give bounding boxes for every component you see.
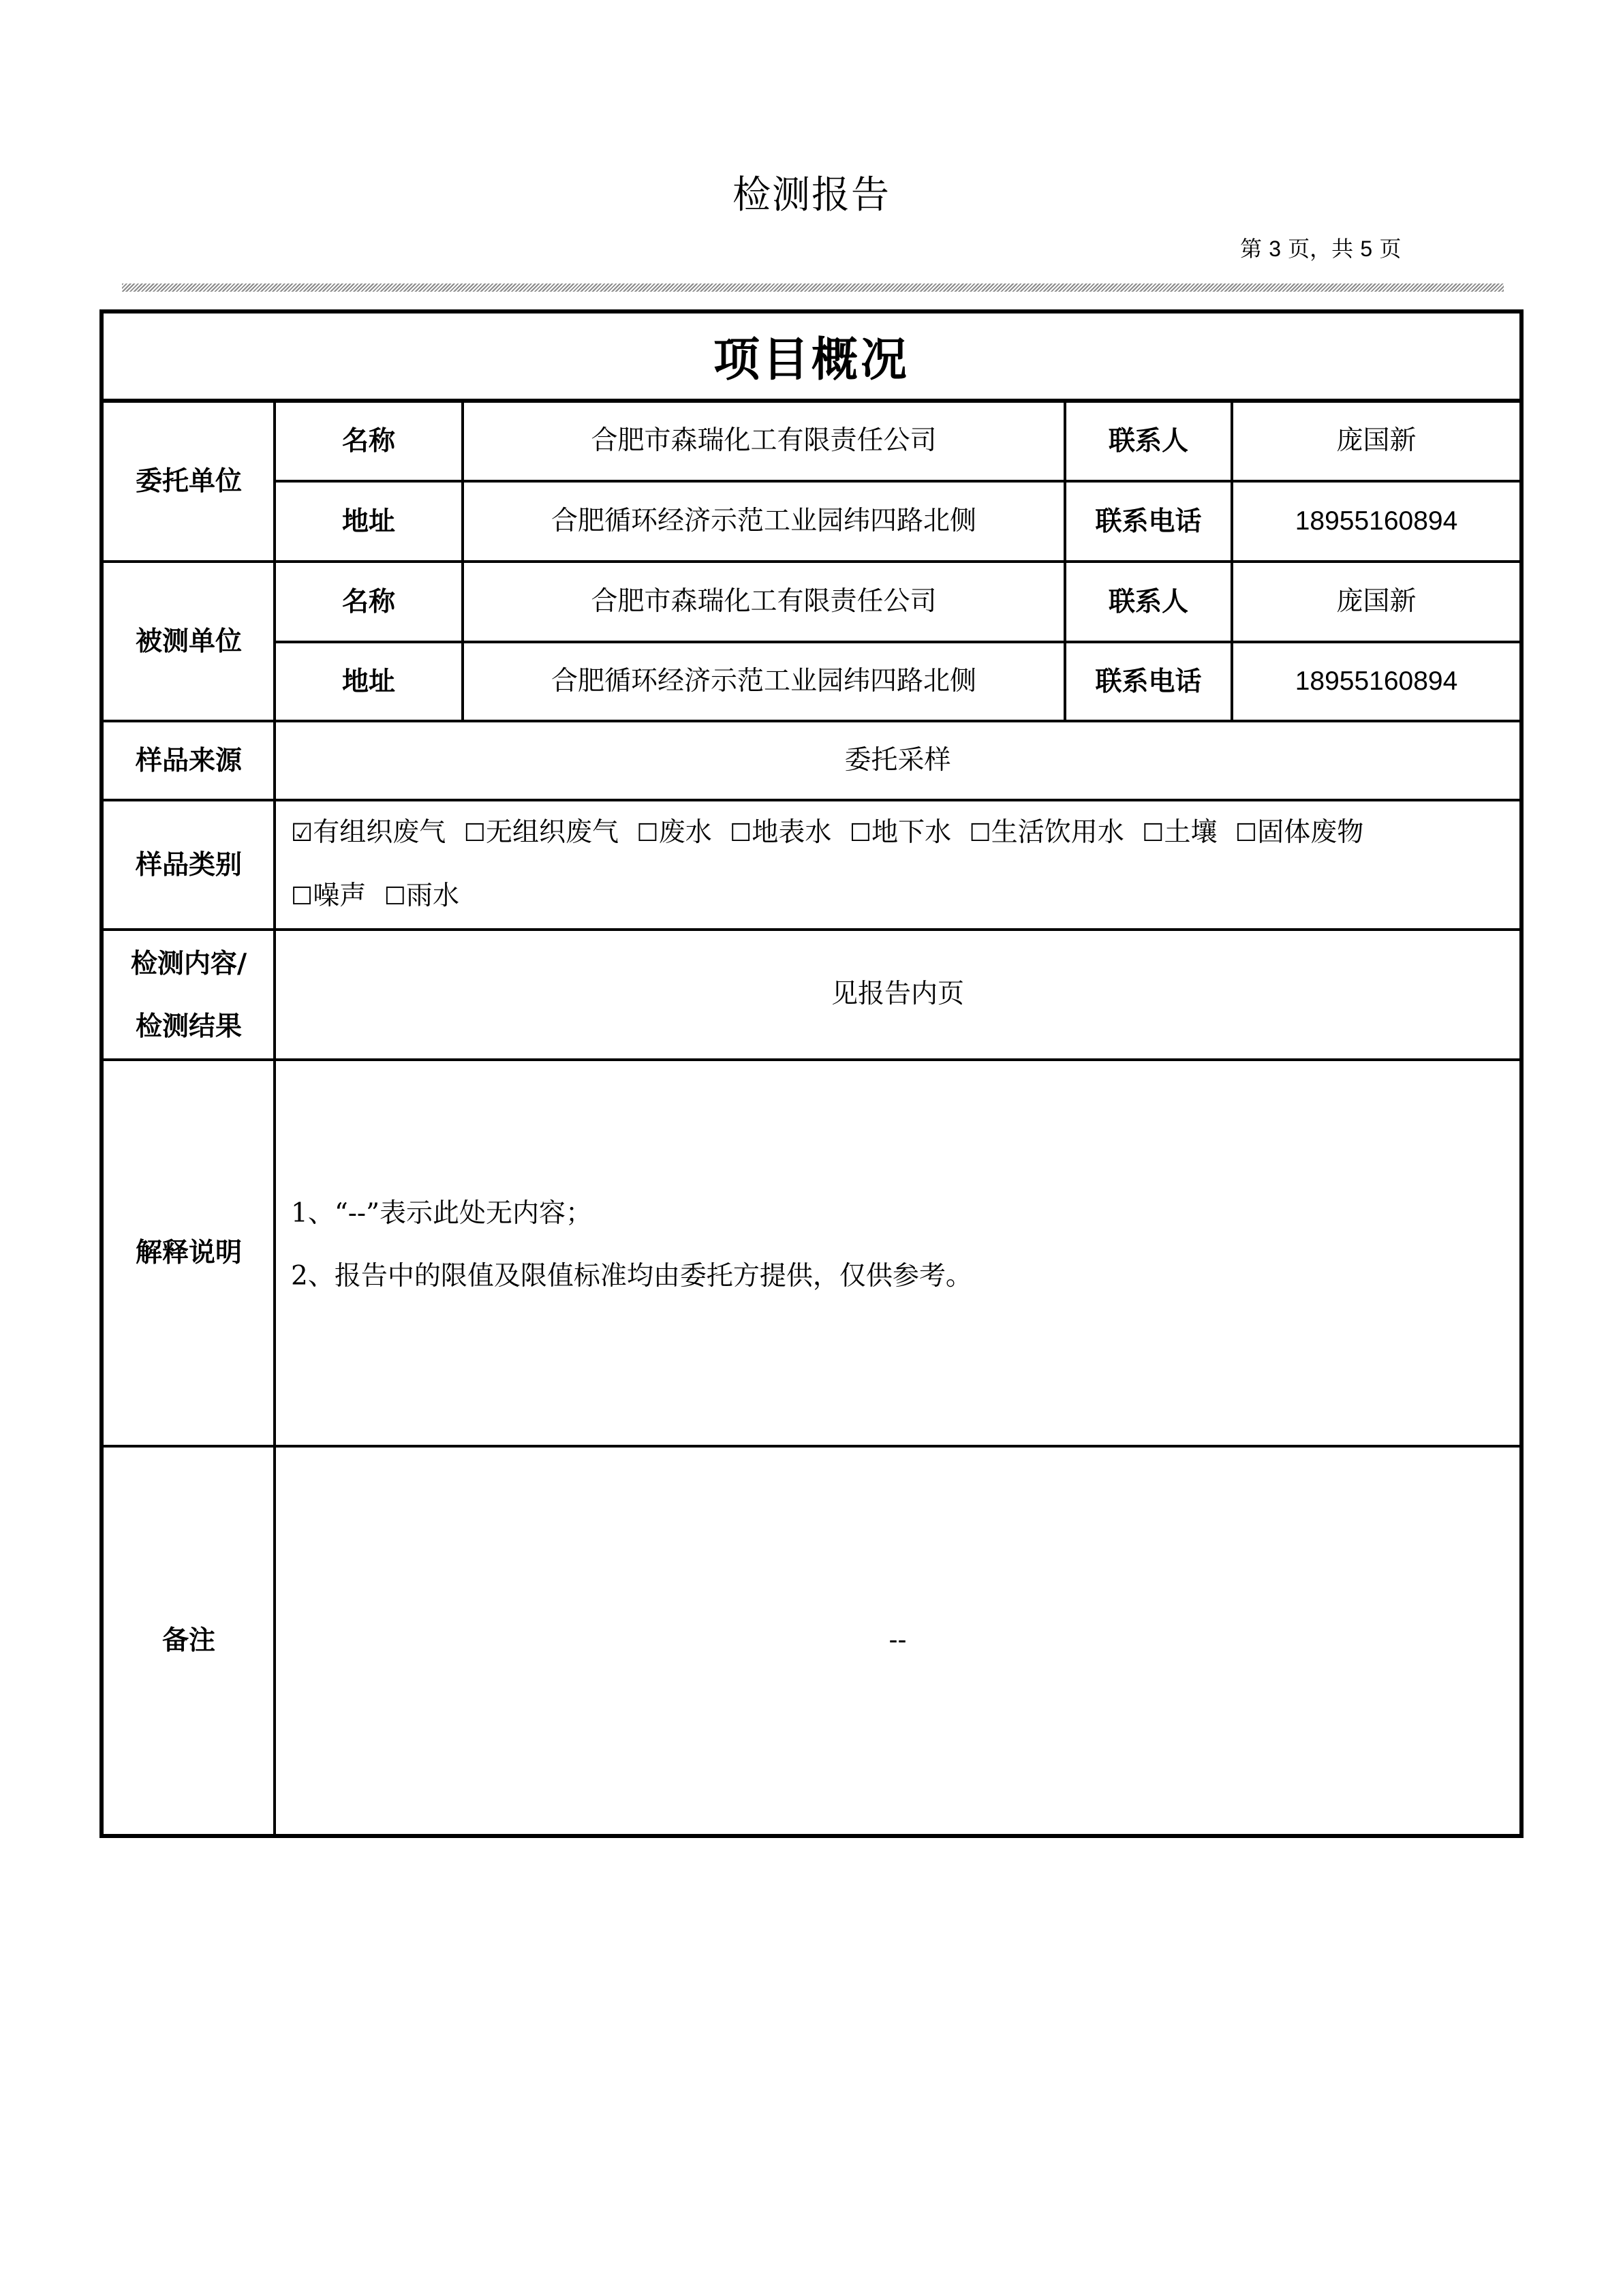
checkbox-unchecked-icon[interactable]: ☐ — [291, 883, 313, 910]
client-name-label: 名称 — [276, 403, 461, 480]
option-label: 生活饮用水 — [991, 817, 1124, 848]
checkbox-checked-icon[interactable]: ☑ — [291, 819, 313, 847]
checkbox-unchecked-icon[interactable]: ☐ — [970, 819, 991, 847]
sample-source-label: 样品来源 — [104, 722, 274, 799]
tested-address-label: 地址 — [276, 643, 461, 720]
tested-address-value: 合肥循环经济示范工业园纬四路北侧 — [464, 643, 1064, 720]
option-label: 无组织废气 — [486, 817, 619, 848]
section-title: 项目概况 — [104, 313, 1519, 403]
option-label: 土壤 — [1164, 817, 1218, 848]
checkbox-unchecked-icon[interactable]: ☐ — [1142, 819, 1164, 847]
tested-contact-label: 联系人 — [1066, 563, 1231, 641]
client-group-label: 委托单位 — [104, 403, 274, 560]
sample-type-option[interactable]: ☐固体废物 — [1235, 817, 1363, 848]
sample-type-option[interactable]: ☐土壤 — [1142, 817, 1217, 848]
checkbox-unchecked-icon[interactable]: ☐ — [850, 819, 871, 847]
option-label: 地下水 — [871, 817, 951, 848]
tested-contact-value: 庞国新 — [1233, 563, 1519, 641]
remarks-value: -- — [276, 1448, 1519, 1834]
page-suffix: 页 — [1372, 236, 1401, 262]
test-content-label: 检测内容/ 检测结果 — [104, 931, 274, 1058]
sample-source-value: 委托采样 — [276, 722, 1519, 799]
checkbox-unchecked-icon[interactable]: ☐ — [384, 883, 406, 910]
explanation-label: 解释说明 — [104, 1061, 274, 1445]
sample-type-options: ☑有组织废气 ☐无组织废气 ☐废水 ☐地表水 ☐地下水 ☐生活饮用水 ☐土壤 ☐… — [276, 801, 1519, 928]
tested-name-label: 名称 — [276, 563, 461, 641]
sample-type-line-1: ☑有组织废气 ☐无组织废气 ☐废水 ☐地表水 ☐地下水 ☐生活饮用水 ☐土壤 ☐… — [291, 801, 1519, 865]
page-total: 5 — [1360, 236, 1372, 261]
checkbox-unchecked-icon[interactable]: ☐ — [1235, 819, 1257, 847]
page-prefix: 第 — [1240, 236, 1269, 262]
test-content-label-line1: 检测内容/ — [131, 932, 247, 995]
option-label: 地表水 — [752, 817, 831, 848]
sample-type-option[interactable]: ☐噪声 — [291, 881, 366, 911]
sample-type-option[interactable]: ☐地表水 — [730, 817, 831, 848]
option-label: 雨水 — [406, 881, 459, 911]
client-contact-label: 联系人 — [1066, 403, 1231, 480]
explanation-line-2: 2、报告中的限值及限值标准均由委托方提供，仅供参考。 — [291, 1245, 1519, 1308]
document-title: 检测报告 — [0, 172, 1623, 219]
tested-phone-label: 联系电话 — [1066, 643, 1231, 720]
client-contact-value: 庞国新 — [1233, 403, 1519, 480]
project-overview-table: 项目概况 委托单位 名称 合肥市森瑞化工有限责任公司 联系人 庞国新 地址 合肥… — [99, 309, 1524, 1838]
client-phone-value: 18955160894 — [1233, 483, 1519, 560]
client-phone-label: 联系电话 — [1066, 483, 1231, 560]
page-indicator: 第 3 页，共 5 页 — [1240, 232, 1458, 266]
sample-type-option[interactable]: ☐废水 — [636, 817, 711, 848]
tested-group-label: 被测单位 — [104, 563, 274, 720]
sample-type-option[interactable]: ☐雨水 — [384, 881, 459, 911]
header-hatch-divider — [122, 284, 1504, 292]
checkbox-unchecked-icon[interactable]: ☐ — [730, 819, 752, 847]
page-mid: 页，共 — [1281, 236, 1360, 262]
sample-type-line-2: ☐噪声 ☐雨水 — [291, 865, 1519, 928]
option-label: 废水 — [659, 817, 712, 848]
sample-type-option[interactable]: ☐生活饮用水 — [970, 817, 1124, 848]
tested-name-value: 合肥市森瑞化工有限责任公司 — [464, 563, 1064, 641]
explanation-line-1: 1、“--”表示此处无内容； — [291, 1182, 1519, 1245]
test-content-label-line2: 检测结果 — [136, 995, 242, 1058]
client-address-value: 合肥循环经济示范工业园纬四路北侧 — [464, 483, 1064, 560]
sample-type-label: 样品类别 — [104, 801, 274, 928]
tested-phone-value: 18955160894 — [1233, 643, 1519, 720]
client-address-label: 地址 — [276, 483, 461, 560]
checkbox-unchecked-icon[interactable]: ☐ — [464, 819, 486, 847]
client-name-value: 合肥市森瑞化工有限责任公司 — [464, 403, 1064, 480]
option-label: 噪声 — [313, 881, 366, 911]
option-label: 有组织废气 — [313, 817, 446, 848]
remarks-label: 备注 — [104, 1448, 274, 1834]
page-current: 3 — [1269, 236, 1281, 261]
sample-type-option[interactable]: ☐无组织废气 — [464, 817, 619, 848]
sample-type-option[interactable]: ☐地下水 — [850, 817, 951, 848]
option-label: 固体废物 — [1257, 817, 1363, 848]
sample-type-option[interactable]: ☑有组织废气 — [291, 817, 446, 848]
test-content-value: 见报告内页 — [276, 931, 1519, 1058]
explanation-body: 1、“--”表示此处无内容； 2、报告中的限值及限值标准均由委托方提供，仅供参考… — [276, 1061, 1519, 1445]
checkbox-unchecked-icon[interactable]: ☐ — [636, 819, 658, 847]
